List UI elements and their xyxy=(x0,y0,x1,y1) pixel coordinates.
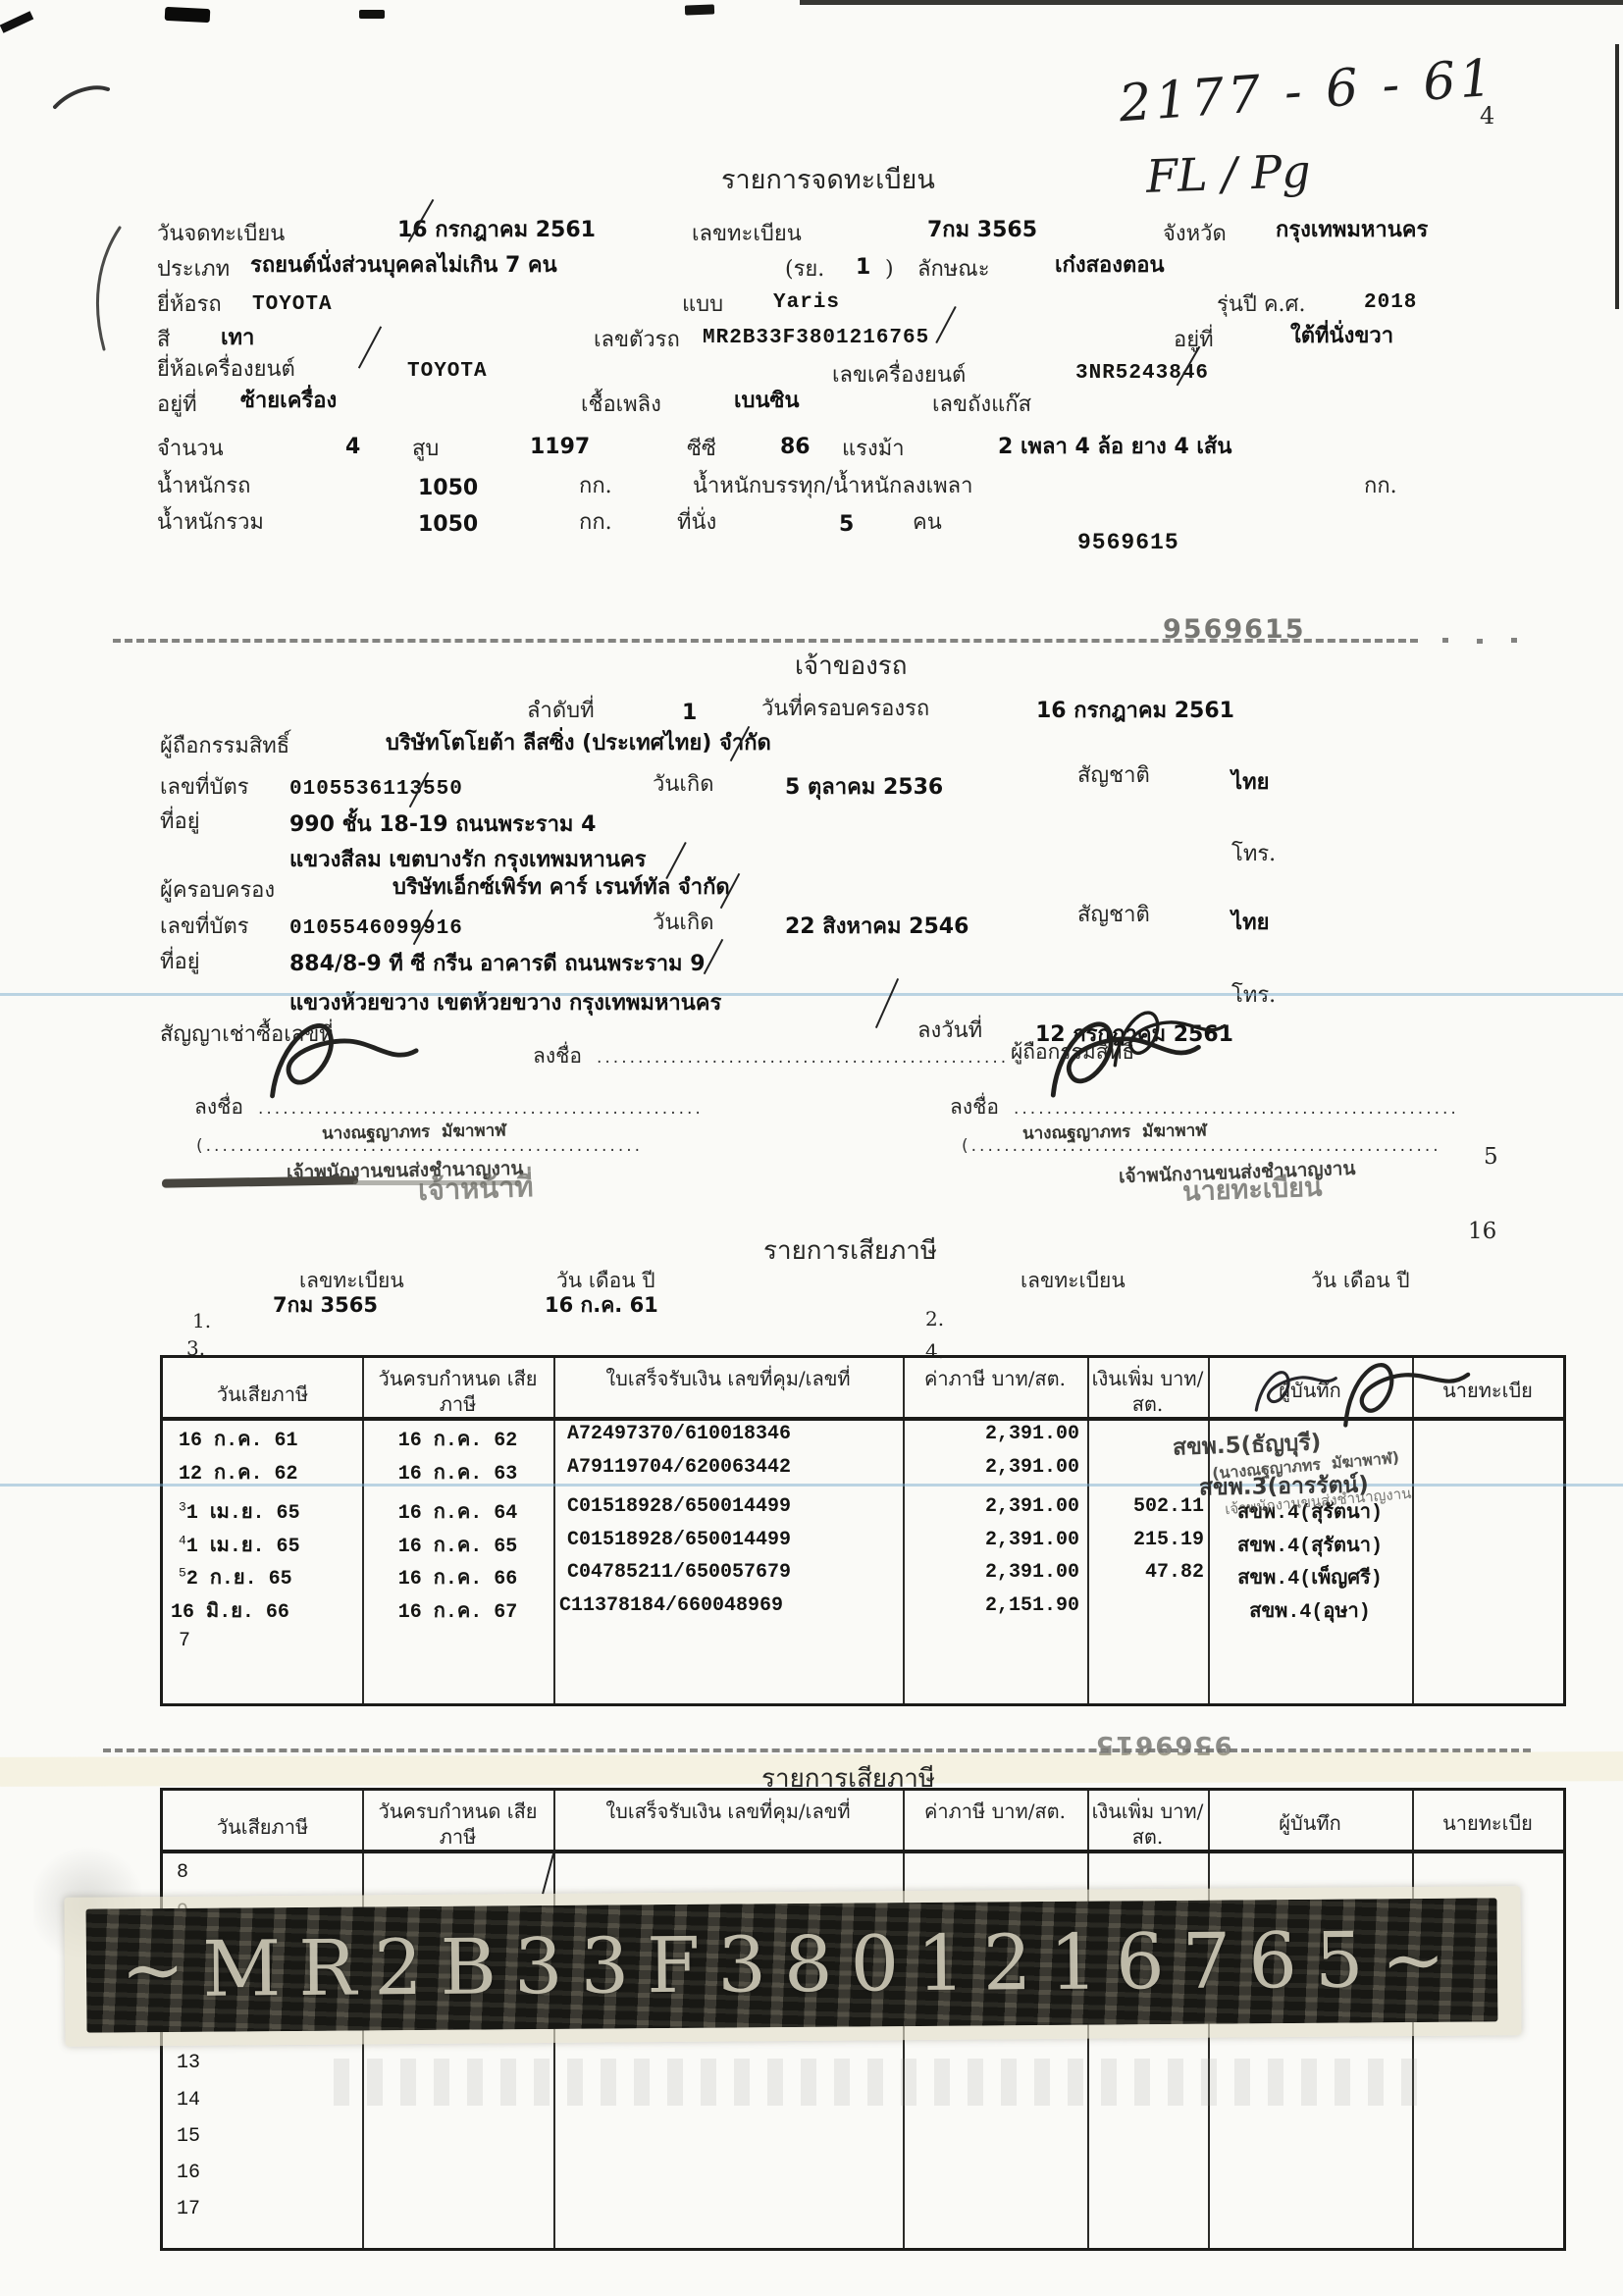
sign-label-center: ลงชื่อ xyxy=(533,1044,582,1069)
kg-unit-2: กก. xyxy=(1364,474,1397,499)
kg-unit: กก. xyxy=(579,474,612,499)
tax2-header-col5: เงินเพิ่ม บาท/สต. xyxy=(1087,1799,1208,1850)
holder-birth-value: 5 ตุลาคม 2536 xyxy=(785,775,943,801)
tax-row-due: 16 ก.ค. 64 xyxy=(366,1495,550,1527)
order-value: 1 xyxy=(682,701,697,726)
tax-row-receipt: C11378184/660048969 xyxy=(557,1594,901,1617)
registrar-printed-label: นายทะเบียน xyxy=(1181,1166,1323,1213)
sign-label-right: ลงชื่อ xyxy=(950,1095,999,1120)
sign-paren-left: (.......................................… xyxy=(196,1136,643,1156)
tax2-header-col1: วันเสียภาษี xyxy=(163,1814,362,1840)
tax1-header-col4: ค่าภาษี บาท/สต. xyxy=(903,1366,1087,1391)
holder-nationality-label: สัญชาติ xyxy=(1077,763,1150,789)
displacement-unit: ซีซี xyxy=(687,437,716,462)
scan-dot xyxy=(1442,638,1448,643)
scan-blue-line xyxy=(0,993,1623,996)
tax1-date-value: 16 ก.ค. 61 xyxy=(545,1293,658,1318)
scan-artifact-blob xyxy=(685,4,714,15)
tax-row-amount: 2,391.00 xyxy=(907,1529,1093,1551)
tax2-header-col4: ค่าภาษี บาท/สต. xyxy=(903,1799,1087,1824)
tax-row-date: 16 มิ.ย. 66 xyxy=(169,1594,361,1626)
chassis-rubbing-strip: ~MR2B33F3801216765~ xyxy=(86,1898,1498,2032)
chassis-rubbing-text: ~MR2B33F3801216765~ xyxy=(121,1916,1464,2015)
cylinders-label: จำนวน xyxy=(157,437,224,462)
pen-slash xyxy=(665,842,686,879)
type-label: ประเภท xyxy=(157,257,230,283)
possession-date-value: 16 กรกฎาคม 2561 xyxy=(1036,699,1234,724)
type-code-num: 1 xyxy=(856,255,870,281)
displacement-value: 1197 xyxy=(530,435,590,460)
tax-row-due: 16 ก.ค. 62 xyxy=(366,1423,550,1454)
row-number: 3 xyxy=(179,1499,186,1514)
officer-signature-right xyxy=(1017,994,1225,1114)
chassis-rubbing-tape: ~MR2B33F3801216765~ xyxy=(64,1886,1521,2047)
scan-dot xyxy=(1477,639,1483,644)
holder-card-value: 0105536113550 xyxy=(289,777,463,802)
row-number: 4 xyxy=(179,1533,186,1547)
reg-no-label: เลขทะเบียน xyxy=(692,222,802,247)
empty-row-number: 16 xyxy=(177,2162,200,2184)
pen-slash xyxy=(935,306,956,343)
tax-row-receipt: C01518928/650014499 xyxy=(557,1529,909,1551)
horsepower-unit: แรงม้า xyxy=(842,437,905,462)
engine-brand-label: ยี่ห้อเครื่องยนต์ xyxy=(157,357,295,383)
holder-name: บริษัทโตโยต้า ลีสซิ่ง (ประเทศไทย) จำกัด xyxy=(386,731,771,757)
registration-title: รายการจดทะเบียน xyxy=(721,165,935,196)
possession-date-label: วันที่ครอบครองรถ xyxy=(761,697,929,722)
pen-slash xyxy=(875,978,899,1028)
scan-texture-band xyxy=(334,2059,1433,2106)
pen-slash xyxy=(358,326,382,368)
possessor-birth-label: วันเกิด xyxy=(653,911,714,936)
province-label: จังหวัด xyxy=(1163,222,1227,247)
tax-row-surcharge: 502.11 xyxy=(1091,1495,1212,1518)
possessor-address1: 884/8-9 ที ซี กรีน อาคารดี ถนนพระราม 9 xyxy=(289,952,706,977)
holder-birth-label: วันเกิด xyxy=(653,772,714,798)
row-number: 5 xyxy=(179,1565,186,1580)
model-label: แบบ xyxy=(682,292,723,318)
tax-row-surcharge: 47.82 xyxy=(1091,1561,1212,1584)
tax-row-surcharge: 215.19 xyxy=(1091,1529,1212,1551)
seats-label: ที่นั่ง xyxy=(677,510,716,536)
tel-label: โทร. xyxy=(1231,842,1276,867)
chassis-loc-value: ใต้ที่นั่งขวา xyxy=(1290,324,1393,349)
pen-slash xyxy=(704,939,724,974)
empty-row-number: 13 xyxy=(177,2052,200,2074)
year-value: 2018 xyxy=(1364,290,1417,315)
tax2-header-col6: ผู้บันทึก xyxy=(1208,1810,1412,1836)
shape-label: ลักษณะ xyxy=(917,257,990,283)
handwritten-note: FL / Pg xyxy=(1145,144,1311,204)
seats-value: 5 xyxy=(839,512,854,538)
sign-label-left: ลงชื่อ xyxy=(194,1095,243,1120)
chassis-value: MR2B33F3801216765 xyxy=(703,326,929,350)
tax1-title: รายการเสียภาษี xyxy=(763,1236,937,1267)
possessor-birth-value: 22 สิงหาคม 2546 xyxy=(785,914,969,940)
tax-row-recorder: สขพ.4(เพ็ญศรี) xyxy=(1212,1561,1408,1592)
gas-tank-label: เลขถังแก๊ส xyxy=(932,392,1031,418)
color-label: สี xyxy=(157,328,170,353)
holder-address2: แขวงสีลม เขตบางรัก กรุงเทพมหานคร xyxy=(289,848,646,873)
cylinders-value: 4 xyxy=(345,435,360,460)
engine-no-label: เลขเครื่องยนต์ xyxy=(832,363,966,389)
tax-row-recorder: สขพ.4(อุษา) xyxy=(1212,1594,1408,1626)
fuel-value: เบนซิน xyxy=(734,389,800,414)
scan-artifact-edge xyxy=(0,11,33,33)
tax-row-due: 16 ก.ค. 67 xyxy=(366,1594,550,1626)
gross-weight-label: น้ำหนักรวม xyxy=(157,510,264,536)
engine-loc-label: อยู่ที่ xyxy=(157,392,197,418)
tax-row-receipt: A72497370/610018346 xyxy=(557,1423,909,1445)
tax-row-receipt: A79119704/620063442 xyxy=(557,1456,909,1479)
page-number-top: 4 xyxy=(1480,102,1494,130)
officer-printed-label: เจ้าหน้าที่ xyxy=(417,1164,534,1213)
tax-row-due: 16 ก.ค. 65 xyxy=(366,1529,550,1560)
sign-dots-center: ........................................… xyxy=(597,1048,1009,1068)
empty-row-number: 15 xyxy=(177,2125,200,2148)
chassis-label: เลขตัวรถ xyxy=(594,328,680,353)
tax-row-amount: 2,391.00 xyxy=(907,1456,1093,1479)
scan-smear-light xyxy=(353,1180,520,1185)
tax1-enum-2: 2. xyxy=(925,1307,944,1331)
margin-number-5: 5 xyxy=(1484,1144,1498,1172)
chassis-loc-label: อยู่ที่ xyxy=(1174,328,1214,353)
tax-row-date: 31 เม.ย. 65 xyxy=(169,1495,369,1527)
possessor-nationality-value: ไทย xyxy=(1231,911,1269,936)
tax-row-due: 16 ก.ค. 66 xyxy=(366,1561,550,1592)
type-value: รถยนต์นั่งส่วนบุคคลไม่เกิน 7 คน xyxy=(250,253,557,279)
holder-nationality-value: ไทย xyxy=(1231,770,1269,796)
tax-row-date: 52 ก.ย. 65 xyxy=(169,1561,369,1592)
empty-row-number: 8 xyxy=(177,1861,188,1884)
engine-loc-value: ซ้ายเครื่อง xyxy=(240,389,337,414)
tax2-header-col7: นายทะเบีย xyxy=(1412,1810,1563,1836)
possessor-name: บริษัทเอ็กซ์เพิร์ท คาร์ เรนท์ทัล จำกัด xyxy=(393,875,730,901)
order-label: ลำดับที่ xyxy=(527,699,595,724)
tax-row-recorder: สขพ.4(สุรัตนา) xyxy=(1212,1529,1408,1560)
brand-value: TOYOTA xyxy=(252,292,333,317)
seats-unit: คน xyxy=(913,510,942,536)
tax-row-receipt: C04785211/650057679 xyxy=(557,1561,909,1584)
owner-title: เจ้าของรถ xyxy=(795,652,908,682)
reg-no-value: 7กม 3565 xyxy=(927,218,1037,243)
shape-value: เก๋งสองตอน xyxy=(1055,253,1165,279)
possessor-label: ผู้ครอบครอง xyxy=(160,878,275,904)
holder-card-label: เลขที่บัตร xyxy=(160,775,249,801)
tax2-header-col3: ใบเสร็จรับเงิน เลขที่คุม/เลขที่ xyxy=(553,1799,903,1824)
reg-date-value: 16 กรกฎาคม 2561 xyxy=(397,218,596,243)
possessor-nationality-label: สัญชาติ xyxy=(1077,903,1150,928)
officer-signature-left xyxy=(247,998,434,1114)
type-code-close: ) xyxy=(885,257,894,283)
table-header-underline xyxy=(163,1850,1563,1853)
holder-address1: 990 ชั้น 18-19 ถนนพระราม 4 xyxy=(289,812,596,838)
holder-address-label: ที่อยู่ xyxy=(160,809,200,835)
sign-paren-right: (.......................................… xyxy=(962,1136,1442,1156)
tax-row-amount: 2,391.00 xyxy=(907,1561,1093,1584)
tax-row-amount: 2,391.00 xyxy=(907,1423,1093,1445)
tax1-date-label-1: วัน เดือน ปี xyxy=(556,1269,655,1293)
tax1-header-col3: ใบเสร็จรับเงิน เลขที่คุม/เลขที่ xyxy=(553,1366,903,1391)
possessor-address-label: ที่อยู่ xyxy=(160,950,200,975)
scan-artifact-blob xyxy=(359,10,385,19)
tax-row-amount: 2,151.90 xyxy=(907,1594,1093,1617)
tax1-regno-value: 7กม 3565 xyxy=(273,1293,378,1318)
horsepower-value: 86 xyxy=(780,435,811,460)
possessor-card-value: 0105546099916 xyxy=(289,916,463,941)
tax-row-date: 41 เม.ย. 65 xyxy=(169,1529,369,1560)
tax1-header-col2: วันครบกำหนด เสียภาษี xyxy=(362,1366,553,1417)
empty-row-number: 14 xyxy=(177,2089,200,2112)
pen-stroke-hook xyxy=(84,224,128,353)
province-value: กรุงเทพมหานคร xyxy=(1276,218,1428,243)
tax-row-amount: 2,391.00 xyxy=(907,1495,1093,1518)
reg-date-label: วันจดทะเบียน xyxy=(157,222,285,247)
contract-date-label: ลงวันที่ xyxy=(917,1018,982,1044)
scanned-vehicle-registration-document: 2177 - 6 - 61 4 FL / Pg รายการจดทะเบียน … xyxy=(0,0,1623,2296)
faded-serial: 9569615 xyxy=(1163,614,1306,646)
tax1-header-col1: วันเสียภาษี xyxy=(163,1382,362,1407)
model-value: Yaris xyxy=(773,290,840,315)
fuel-label: เชื้อเพลิง xyxy=(581,392,661,418)
table-column-line xyxy=(553,1358,555,1703)
type-code-open: (รย. xyxy=(785,257,824,283)
engine-brand-value: TOYOTA xyxy=(407,359,488,384)
document-serial: 9569615 xyxy=(1077,530,1179,557)
gross-weight-value: 1050 xyxy=(418,512,478,538)
scan-artifact-blob xyxy=(165,7,211,23)
tax1-regno-label-1: เลขทะเบียน xyxy=(299,1269,404,1293)
load-weight-label: น้ำหนักบรรทุก/น้ำหนักลงเพลา xyxy=(693,474,972,499)
tax1-enum-1: 1. xyxy=(192,1309,211,1332)
handwritten-code: 2177 - 6 - 61 xyxy=(1117,48,1497,135)
color-value: เทา xyxy=(221,326,254,351)
pen-stroke xyxy=(51,80,112,112)
tax-row-date: 16 ก.ค. 61 xyxy=(169,1423,369,1454)
tax1-header-col5: เงินเพิ่ม บาท/สต. xyxy=(1087,1366,1208,1417)
holder-label: ผู้ถือกรรมสิทธิ์ xyxy=(160,734,289,759)
empty-row-number: 17 xyxy=(177,2198,200,2220)
scan-dot xyxy=(1511,638,1517,643)
scan-artifact-right-edge-line xyxy=(1615,44,1619,309)
brand-label: ยี่ห้อรถ xyxy=(157,292,222,318)
possessor-card-label: เลขที่บัตร xyxy=(160,914,249,940)
tax1-date-label-2: วัน เดือน ปี xyxy=(1311,1269,1410,1293)
curb-weight-label: น้ำหนักรถ xyxy=(157,474,250,499)
margin-number-16: 16 xyxy=(1468,1219,1496,1246)
tax-row-date: 7 xyxy=(169,1630,369,1652)
kg-unit-3: กก. xyxy=(579,510,612,536)
tax1-regno-label-2: เลขทะเบียน xyxy=(1021,1269,1126,1293)
axles-text: 2 เพลา 4 ล้อ ยาง 4 เส้น xyxy=(998,435,1231,460)
tax2-header-col2: วันครบกำหนด เสียภาษี xyxy=(362,1799,553,1850)
cylinders-unit: สูบ xyxy=(412,437,439,462)
scan-artifact-top-bar xyxy=(800,0,1623,5)
curb-weight-value: 1050 xyxy=(418,476,478,501)
tax-row-receipt: C01518928/650014499 xyxy=(557,1495,909,1518)
year-label: รุ่นปี ค.ศ. xyxy=(1217,292,1305,318)
